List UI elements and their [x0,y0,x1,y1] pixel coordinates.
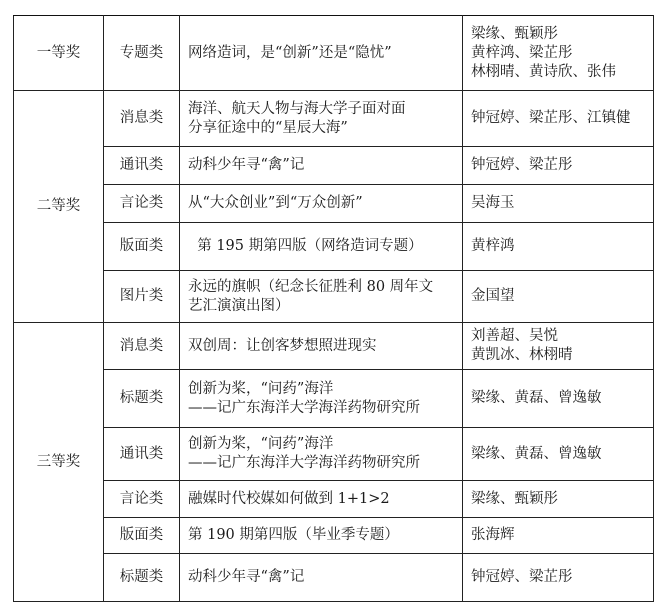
authors-line: 梁缘、甄颖彤 [471,490,653,509]
work-title-line: ——记广东海洋大学海洋药物研究所 [188,454,462,473]
authors-cell: 梁缘、甄颖彤 [463,481,654,518]
authors-line: 刘善超、吴悦 [471,327,653,346]
authors-line: 黄梓鸿 [471,237,653,256]
work-title-line: 从“大众创业”到“万众创新” [188,194,462,213]
authors-cell: 刘善超、吴悦黄凯冰、林栩晴 [463,323,654,370]
category-cell: 通讯类 [104,428,180,481]
work-title-cell: 永远的旗帜（纪念长征胜利 80 周年文艺汇演演出图） [180,271,463,323]
authors-cell: 张海辉 [463,518,654,554]
table-row: 一等奖专题类网络造词，是“创新”还是“隐忧”梁缘、甄颖彤黄梓鸿、梁芷彤林栩晴、黄… [14,16,654,91]
work-title-line: 海洋、航天人物与海大学子面对面 [188,100,462,119]
table-row: 版面类第 190 期第四版（毕业季专题）张海辉 [14,518,654,554]
work-title-cell: 创新为桨，“问药”海洋——记广东海洋大学海洋药物研究所 [180,428,463,481]
awards-table-body: 一等奖专题类网络造词，是“创新”还是“隐忧”梁缘、甄颖彤黄梓鸿、梁芷彤林栩晴、黄… [14,16,654,602]
authors-cell: 梁缘、黄磊、曾逸敏 [463,370,654,428]
table-row: 二等奖消息类海洋、航天人物与海大学子面对面分享征途中的“星辰大海”钟冠婷、梁芷彤… [14,91,654,147]
authors-cell: 金国望 [463,271,654,323]
work-title-line: 第 195 期第四版（网络造词专题） [188,237,462,256]
authors-line: 黄凯冰、林栩晴 [471,346,653,365]
authors-cell: 黄梓鸿 [463,223,654,271]
work-title-cell: 双创周：让创客梦想照进现实 [180,323,463,370]
work-title-cell: 动科少年寻“禽”记 [180,554,463,602]
table-row: 标题类动科少年寻“禽”记钟冠婷、梁芷彤 [14,554,654,602]
authors-line: 梁缘、黄磊、曾逸敏 [471,389,653,408]
authors-cell: 钟冠婷、梁芷彤 [463,554,654,602]
category-cell: 图片类 [104,271,180,323]
authors-line: 林栩晴、黄诗欣、张伟 [471,63,653,82]
award-level-cell: 一等奖 [14,16,104,91]
award-level-cell: 二等奖 [14,91,104,323]
work-title-line: 创新为桨，“问药”海洋 [188,380,462,399]
work-title-line: 动科少年寻“禽”记 [188,568,462,587]
work-title-line: 动科少年寻“禽”记 [188,156,462,175]
authors-cell: 梁缘、黄磊、曾逸敏 [463,428,654,481]
work-title-cell: 从“大众创业”到“万众创新” [180,185,463,223]
table-row: 言论类从“大众创业”到“万众创新”吴海玉 [14,185,654,223]
authors-line: 梁缘、甄颖彤 [471,25,653,44]
table-row: 通讯类创新为桨，“问药”海洋——记广东海洋大学海洋药物研究所梁缘、黄磊、曾逸敏 [14,428,654,481]
category-cell: 版面类 [104,223,180,271]
table-row: 通讯类动科少年寻“禽”记钟冠婷、梁芷彤 [14,147,654,185]
work-title-cell: 融媒时代校媒如何做到 1+1>2 [180,481,463,518]
authors-line: 黄梓鸿、梁芷彤 [471,44,653,63]
awards-table: 一等奖专题类网络造词，是“创新”还是“隐忧”梁缘、甄颖彤黄梓鸿、梁芷彤林栩晴、黄… [13,15,654,602]
work-title-cell: 海洋、航天人物与海大学子面对面分享征途中的“星辰大海” [180,91,463,147]
authors-line: 金国望 [471,287,653,306]
authors-cell: 梁缘、甄颖彤黄梓鸿、梁芷彤林栩晴、黄诗欣、张伟 [463,16,654,91]
category-cell: 标题类 [104,554,180,602]
table-row: 标题类创新为桨，“问药”海洋——记广东海洋大学海洋药物研究所梁缘、黄磊、曾逸敏 [14,370,654,428]
award-level-cell: 三等奖 [14,323,104,602]
category-cell: 消息类 [104,323,180,370]
table-row: 版面类 第 195 期第四版（网络造词专题）黄梓鸿 [14,223,654,271]
authors-cell: 钟冠婷、梁芷彤 [463,147,654,185]
authors-line: 梁缘、黄磊、曾逸敏 [471,445,653,464]
work-title-line: 双创周：让创客梦想照进现实 [188,337,462,356]
work-title-cell: 第 195 期第四版（网络造词专题） [180,223,463,271]
authors-line: 钟冠婷、梁芷彤、江镇健 [471,109,653,128]
category-cell: 通讯类 [104,147,180,185]
work-title-cell: 动科少年寻“禽”记 [180,147,463,185]
authors-line: 钟冠婷、梁芷彤 [471,156,653,175]
work-title-cell: 网络造词，是“创新”还是“隐忧” [180,16,463,91]
category-cell: 专题类 [104,16,180,91]
table-row: 言论类融媒时代校媒如何做到 1+1>2梁缘、甄颖彤 [14,481,654,518]
work-title-line: 分享征途中的“星辰大海” [188,119,462,138]
authors-line: 吴海玉 [471,194,653,213]
category-cell: 言论类 [104,185,180,223]
work-title-line: 永远的旗帜（纪念长征胜利 80 周年文 [188,278,462,297]
authors-cell: 吴海玉 [463,185,654,223]
work-title-line: 创新为桨，“问药”海洋 [188,435,462,454]
work-title-line: 第 190 期第四版（毕业季专题） [188,526,462,545]
category-cell: 版面类 [104,518,180,554]
authors-cell: 钟冠婷、梁芷彤、江镇健 [463,91,654,147]
category-cell: 消息类 [104,91,180,147]
category-cell: 言论类 [104,481,180,518]
work-title-line: 艺汇演演出图） [188,297,462,316]
authors-line: 钟冠婷、梁芷彤 [471,568,653,587]
work-title-cell: 第 190 期第四版（毕业季专题） [180,518,463,554]
authors-line: 张海辉 [471,526,653,545]
work-title-line: ——记广东海洋大学海洋药物研究所 [188,399,462,418]
category-cell: 标题类 [104,370,180,428]
work-title-cell: 创新为桨，“问药”海洋——记广东海洋大学海洋药物研究所 [180,370,463,428]
work-title-line: 融媒时代校媒如何做到 1+1>2 [188,490,462,509]
work-title-line: 网络造词，是“创新”还是“隐忧” [188,44,462,63]
table-row: 图片类永远的旗帜（纪念长征胜利 80 周年文艺汇演演出图）金国望 [14,271,654,323]
table-row: 三等奖消息类双创周：让创客梦想照进现实刘善超、吴悦黄凯冰、林栩晴 [14,323,654,370]
